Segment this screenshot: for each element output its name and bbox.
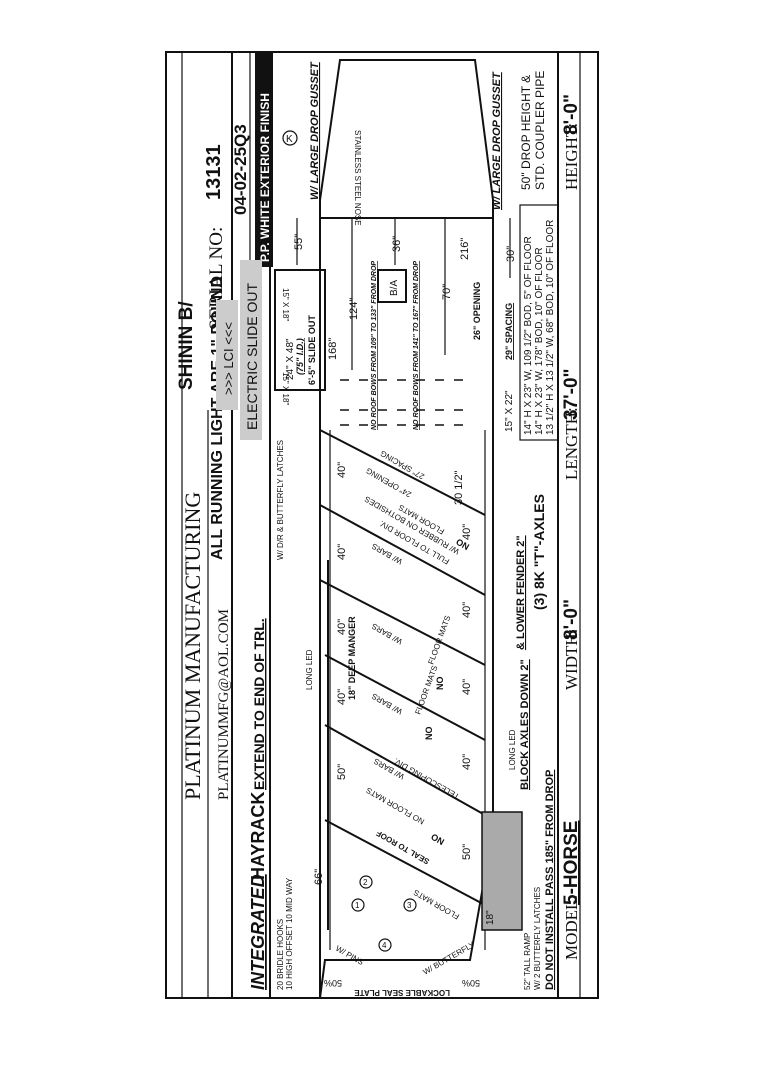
- dim-40-g: 40": [461, 679, 473, 695]
- hayrack-note: HAYRACK: [248, 792, 268, 880]
- circle-4-label: 4: [382, 941, 387, 950]
- slide-small-window-bottom: 15" X 18": [281, 372, 290, 405]
- ramp-latches-note: W/ 2 BUTTERFLY LATCHES: [533, 887, 542, 990]
- stall4-floor-mats: NO FLOOR MATS: [365, 785, 426, 826]
- model-value: 5-HORSE: [561, 821, 582, 905]
- dim-40-f: 40": [461, 602, 473, 618]
- company-name: PLATINUM MANUFACTURING: [180, 492, 205, 800]
- k-marker: K: [286, 134, 293, 145]
- long-led-bottom: LONG LED: [508, 729, 517, 770]
- rear-floor-mats: FLOOR MATS: [412, 888, 461, 922]
- divider-6: [325, 820, 485, 905]
- roof-bows-note-2: NO ROOF BOWS FROM 141" TO 167" FROM DROP: [413, 261, 420, 430]
- gusset-top-label: W/ LARGE DROP GUSSET: [309, 61, 321, 200]
- roof-bows-note-1: NO ROOF BOWS FROM 109" TO 133" FROM DROP: [371, 261, 378, 430]
- w-butterfly-note: W/ BUTTERFLY: [422, 940, 477, 977]
- trailer-drawing: PLATINUM MANUFACTURING PLATINUMMFG@AOL.C…: [0, 0, 764, 1080]
- customer-name: SHININ B/: [176, 301, 197, 390]
- dim-50-a: 50": [336, 764, 348, 780]
- ramp-note: 52" TALL RAMP: [523, 933, 532, 990]
- dim-66: 66": [313, 869, 325, 885]
- window-spec-2: 14" H X 23" W, 178" BOD, 10" OF FLOOR: [534, 247, 545, 435]
- circle-1-label: 1: [355, 901, 360, 910]
- do-not-install-note: DO NOT INSTALL PASS 185" FROM DROP: [544, 770, 556, 990]
- coupler-note: STD. COUPLER PIPE: [533, 71, 547, 190]
- opening-26: 26" OPENING: [472, 282, 482, 340]
- hayrack-integrated: INTEGRATED: [248, 874, 268, 990]
- circle-3-label: 3: [407, 901, 412, 910]
- dim-50-b: 50": [461, 844, 473, 860]
- dim-124: 124": [348, 298, 360, 320]
- lci-text: >>> LCI <<<: [221, 322, 236, 395]
- dim-36: 36": [391, 236, 403, 252]
- long-led-top: LONG LED: [305, 649, 314, 690]
- electric-slide-text: ELECTRIC SLIDE OUT: [244, 283, 260, 430]
- axles-note: (3) 8K "T"-AXLES: [531, 494, 547, 610]
- hayrack-extend: EXTEND TO END OF TRL.: [251, 618, 267, 790]
- stall4-no: NO: [429, 832, 446, 847]
- lockable-seal-plate: LOCKABLE SEAL PLATE: [354, 988, 450, 997]
- dim-40-b: 40": [336, 544, 348, 560]
- dim-18: 18": [485, 910, 496, 925]
- block-axles-note: BLOCK AXLES DOWN 2": [519, 659, 531, 790]
- height-value: 8'-0": [561, 94, 582, 135]
- stall3-no: NO: [424, 727, 434, 741]
- dim-40-h: 40": [461, 754, 473, 770]
- drop-height-note: 50" DROP HEIGHT &: [519, 75, 533, 190]
- dim-40-d: 40": [336, 689, 348, 705]
- circle-2-label: 2: [363, 878, 368, 887]
- window-spec-3: 13 1/2" H X 13 1/2" W, 68" BOD, 10" OF F…: [545, 220, 556, 435]
- dim-55: 55": [293, 234, 305, 250]
- stall2-w-bars: W/ BARS: [370, 621, 404, 646]
- dim-40-a: 40": [336, 462, 348, 478]
- company-email: PLATINUMMFG@AOL.COM: [216, 609, 232, 800]
- spacing-29: 29" SPACING: [504, 303, 514, 360]
- slide-out-size: 6'-5" SLIDE OUT: [307, 315, 317, 385]
- bridle-hooks-note: 20 BRIDLE HOOKS: [276, 919, 285, 990]
- slide-window-id: (75" I.D.): [295, 338, 305, 375]
- stall2-floor-mats: FLOOR MATS: [426, 614, 452, 665]
- finish-text: P.P. WHITE EXTERIOR FINISH: [258, 93, 272, 262]
- stall2-no: NO: [435, 677, 445, 691]
- dim-168: 168": [327, 338, 339, 360]
- slide-small-window-top: 15" X 18": [281, 288, 290, 321]
- pct-right: 50%: [462, 978, 480, 988]
- window-spec-1: 14" H X 23" W, 109 1/2" BOD, 5" OF FLOOR: [523, 236, 534, 435]
- dim-40-e: 40": [461, 524, 473, 540]
- serial-number: 13131: [203, 144, 225, 200]
- window-15x22: 15" X 22": [504, 390, 515, 432]
- ba-label: B/A: [389, 280, 400, 296]
- dim-70: 70": [441, 284, 453, 300]
- date-value: 04-02-25Q3: [231, 124, 250, 215]
- deep-manger: 18" DEEP MANGER: [347, 616, 357, 700]
- dim-30: 30": [505, 246, 517, 262]
- lower-fender-note: & LOWER FENDER 2": [515, 535, 527, 650]
- nose-label: STAINLESS STEEL NOSE: [353, 130, 362, 226]
- dim-216: 216": [459, 238, 471, 260]
- bridle-offset-note: 10 HIGH OFFSET 10 MID WAY: [285, 877, 294, 990]
- stall1-w-bars: W/ BARS: [370, 541, 404, 566]
- length-value: 37'-0": [561, 368, 582, 420]
- dim-30-half: 30 1/2": [453, 470, 465, 505]
- w-pins-note: W/ PINS: [334, 944, 365, 967]
- width-value: 8'-0": [561, 599, 582, 640]
- dim-40-c: 40": [336, 619, 348, 635]
- pct-left: 50%: [324, 978, 342, 988]
- gusset-bottom-label: W/ LARGE DROP GUSSET: [491, 71, 503, 210]
- dr-latches-note: W/ D/R & BUTTERFLY LATCHES: [276, 440, 285, 560]
